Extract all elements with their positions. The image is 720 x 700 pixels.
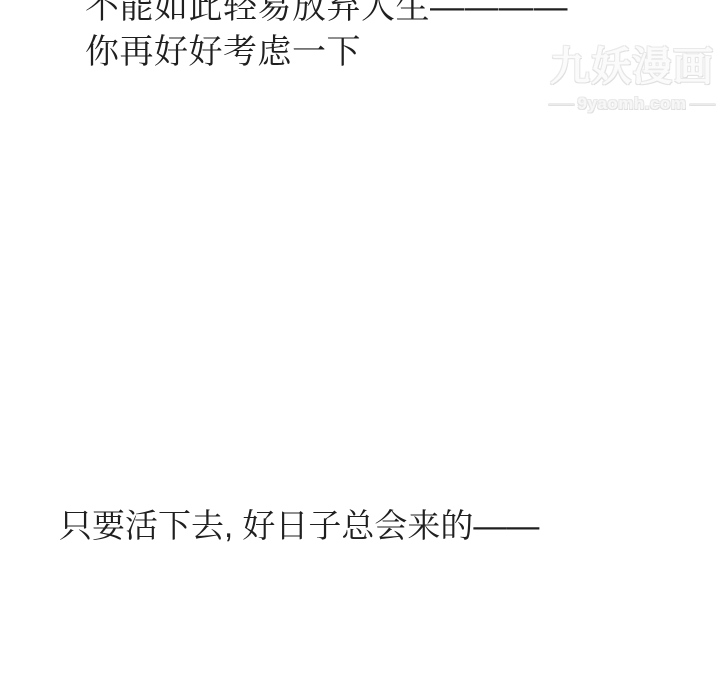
dialogue-bottom: 只要活下去, 好日子总会来的—— bbox=[59, 506, 539, 546]
site-watermark: 九妖漫画 9yaomh.com bbox=[548, 44, 716, 113]
dialogue-top-line1: 不能如此轻易放弃人生———— bbox=[85, 0, 568, 30]
watermark-site-row: 9yaomh.com bbox=[548, 95, 716, 113]
comic-page: 不能如此轻易放弃人生———— 你再好好考虑一下 九妖漫画 9yaomh.com … bbox=[0, 0, 720, 700]
watermark-logo-text: 九妖漫画 bbox=[548, 44, 716, 90]
dialogue-top: 不能如此轻易放弃人生———— 你再好好考虑一下 bbox=[85, 0, 568, 75]
dialogue-top-line2: 你再好好考虑一下 bbox=[85, 30, 568, 75]
watermark-dash-left-icon bbox=[548, 103, 575, 106]
watermark-dash-right-icon bbox=[689, 103, 716, 106]
watermark-site-url: 9yaomh.com bbox=[578, 95, 687, 113]
